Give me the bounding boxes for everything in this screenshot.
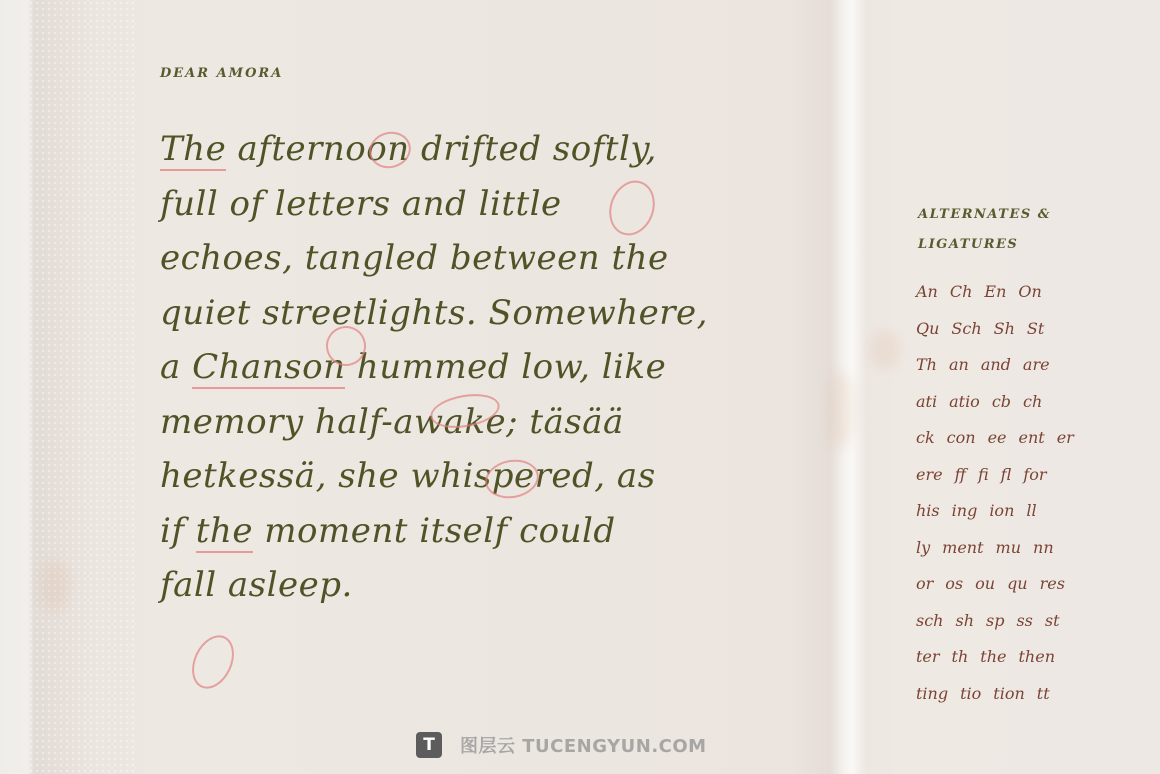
ligature-row: AnChEnOn — [916, 274, 1126, 311]
ligature-row: schshspssst — [916, 603, 1126, 640]
ligature-glyph: th — [952, 639, 969, 676]
ligature-row: orosouqures — [916, 566, 1126, 603]
paper-stain — [870, 330, 900, 370]
ligature-row: hisingionll — [916, 493, 1126, 530]
paper-texture — [28, 0, 138, 774]
ligature-glyph: and — [981, 347, 1011, 384]
ligature-glyph: sp — [986, 603, 1004, 640]
ligature-glyph: ee — [988, 420, 1007, 457]
ligature-grid: AnChEnOnQuSchShStThanandareatiatiocbchck… — [916, 274, 1126, 712]
ligature-glyph: Sh — [994, 311, 1015, 348]
ligature-glyph: res — [1040, 566, 1065, 603]
letter-line: a Chanson hummed low, like — [160, 340, 820, 395]
ligature-glyph: Qu — [916, 311, 939, 348]
annotation-underline: Chanson — [192, 347, 345, 389]
ligature-row: terththethen — [916, 639, 1126, 676]
ligature-glyph: ch — [1023, 384, 1042, 421]
watermark: T 图层云 TUCENGYUN.COM — [416, 732, 707, 758]
ligature-glyph: os — [945, 566, 963, 603]
ligature-glyph: or — [916, 566, 933, 603]
ligature-glyph: St — [1027, 311, 1044, 348]
annotation-oval — [184, 629, 242, 696]
ligature-glyph: then — [1018, 639, 1055, 676]
ligature-glyph: Th — [916, 347, 937, 384]
ligature-glyph: sch — [916, 603, 943, 640]
ligature-glyph: fl — [1001, 457, 1012, 494]
ligature-glyph: ck — [916, 420, 935, 457]
ligature-row: atiatiocbch — [916, 384, 1126, 421]
letter-salutation: DEAR AMORA — [160, 66, 283, 81]
ligature-glyph: An — [916, 274, 938, 311]
ligature-glyph: mu — [996, 530, 1021, 567]
paper-stain — [830, 370, 854, 450]
letter-line: full of letters and little — [160, 177, 820, 232]
ligature-glyph: ss — [1016, 603, 1032, 640]
ligature-glyph: atio — [949, 384, 980, 421]
ligature-glyph: are — [1023, 347, 1050, 384]
letter-line: The afternoon drifted softly, — [160, 122, 820, 177]
letter-line: fall asleep. — [160, 558, 820, 613]
ligature-glyph: qu — [1007, 566, 1028, 603]
letter-line: quiet streetlights. Somewhere, — [160, 286, 820, 341]
ligature-glyph: st — [1045, 603, 1060, 640]
ligature-row: erefffiflfor — [916, 457, 1126, 494]
ligature-glyph: his — [916, 493, 940, 530]
watermark-logo-icon: T — [416, 732, 442, 758]
ligature-glyph: tt — [1037, 676, 1050, 713]
annotation-underline: The — [160, 129, 226, 171]
watermark-text: 图层云 TUCENGYUN.COM — [460, 732, 707, 758]
ligature-glyph: fi — [978, 457, 989, 494]
ligature-row: lymentmunn — [916, 530, 1126, 567]
ligature-glyph: ion — [989, 493, 1014, 530]
ligature-glyph: ing — [952, 493, 978, 530]
letter-line: if the moment itself could — [160, 504, 820, 559]
ligature-glyph: ment — [942, 530, 983, 567]
ligature-glyph: nn — [1033, 530, 1054, 567]
paper-stain — [40, 560, 70, 610]
annotation-underline: the — [196, 511, 253, 553]
ligature-glyph: Ch — [950, 274, 973, 311]
ligature-glyph: ati — [916, 384, 937, 421]
ligature-row: ckconeeenter — [916, 420, 1126, 457]
ligature-glyph: ere — [916, 457, 943, 494]
ligature-glyph: tio — [960, 676, 981, 713]
ligature-glyph: for — [1023, 457, 1046, 494]
ligature-glyph: con — [947, 420, 976, 457]
ligature-glyph: cb — [992, 384, 1011, 421]
ligature-glyph: Sch — [951, 311, 981, 348]
ligature-glyph: er — [1057, 420, 1074, 457]
ligature-row: tingtiotiontt — [916, 676, 1126, 713]
letter-page: DEAR AMORA The afternoon drifted softly,… — [140, 0, 830, 774]
ligature-glyph: ou — [975, 566, 995, 603]
ligature-row: QuSchShSt — [916, 311, 1126, 348]
ligature-row: Thanandare — [916, 347, 1126, 384]
ligature-glyph: the — [980, 639, 1006, 676]
ligature-glyph: ff — [955, 457, 966, 494]
specimen-title: ALTERNATES & LIGATURES — [918, 200, 1051, 260]
ligature-glyph: sh — [955, 603, 974, 640]
ligature-glyph: ly — [916, 530, 930, 567]
ligature-glyph: ter — [916, 639, 940, 676]
letter-line: echoes, tangled between the — [160, 231, 820, 286]
ligature-glyph: ll — [1026, 493, 1036, 530]
ligature-glyph: En — [984, 274, 1006, 311]
specimen-page: ALTERNATES & LIGATURES AnChEnOnQuSchShSt… — [900, 0, 1160, 774]
ligature-glyph: ting — [916, 676, 948, 713]
letter-body: The afternoon drifted softly, full of le… — [160, 122, 820, 613]
ligature-glyph: ent — [1019, 420, 1045, 457]
ligature-glyph: On — [1018, 274, 1041, 311]
ligature-glyph: tion — [993, 676, 1024, 713]
ligature-glyph: an — [949, 347, 969, 384]
